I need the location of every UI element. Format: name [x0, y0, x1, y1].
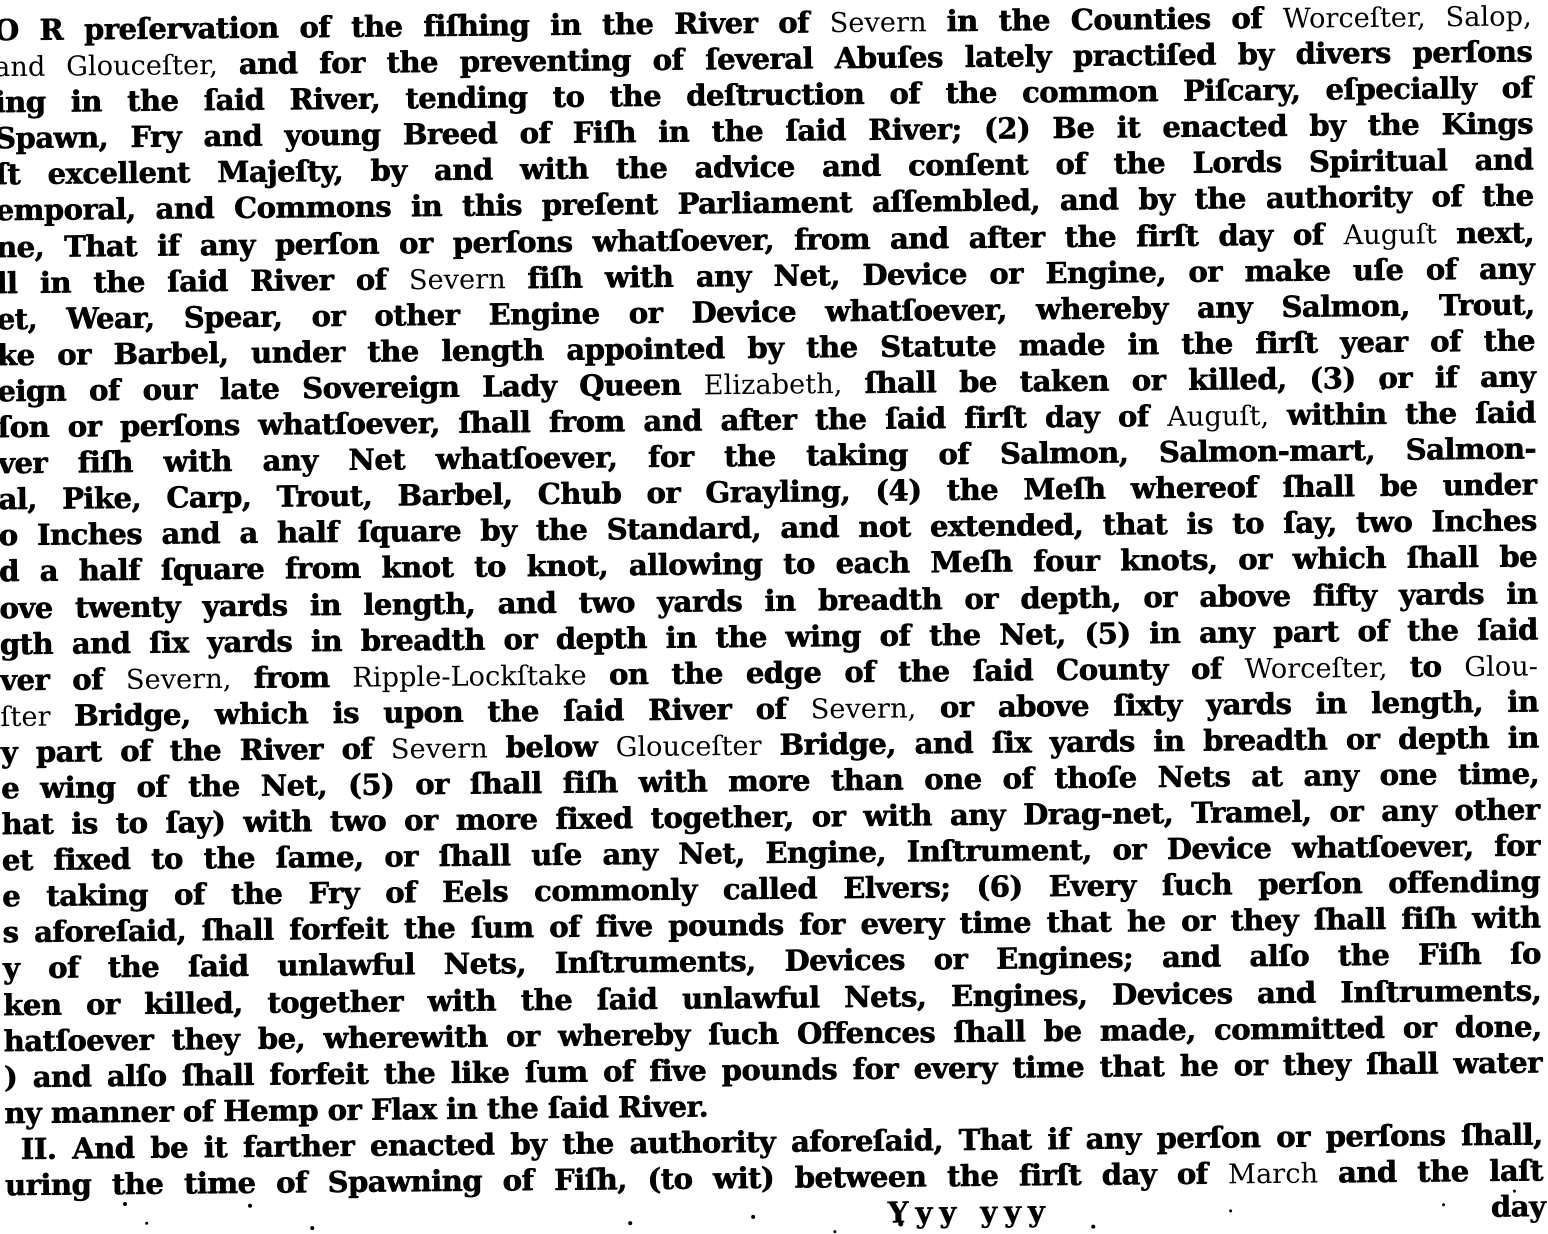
text-segment-blackletter: ll in the ſaid River of [0, 262, 409, 300]
text-segment-roman: March [1228, 1158, 1338, 1190]
text-segment-blackletter: Bridge, which is upon the ſaid River of [74, 691, 811, 732]
text-segment-roman: ſter [0, 701, 74, 733]
text-segment-roman: Worceſter, Salop, [1283, 1, 1532, 34]
text-segment-roman: Glouceſter [615, 731, 779, 764]
text-segment-blackletter: on the edge of the ſaid County of [609, 651, 1245, 691]
scan-speckle [1229, 1209, 1232, 1212]
text-segment-blackletter: Bridge, and ſix yards in breadth or dept… [779, 720, 1539, 761]
text-segment-blackletter: within the ſaid [1287, 395, 1536, 431]
text-segment-roman: Glou- [1464, 651, 1538, 683]
scan-speckle [310, 1226, 314, 1230]
scan-speckle [123, 1202, 127, 1206]
text-segment-blackletter: from [253, 659, 352, 694]
scan-speckle [145, 1222, 148, 1225]
text-block: O R preſervation of the fiſhing in the R… [0, 0, 1548, 1203]
scan-speckle [1381, 386, 1385, 390]
text-segment-blackletter: to [1409, 649, 1464, 684]
text-segment-blackletter: eign of our late Sovereign Lady Queen [0, 367, 704, 408]
text-segment-roman: Severn [391, 733, 506, 765]
scan-speckle [1091, 1225, 1095, 1229]
scan-speckle [248, 1204, 252, 1208]
text-segment-roman: Severn [830, 7, 947, 39]
scan-speckle [751, 1215, 755, 1219]
text-segment-blackletter: in the Counties of [946, 1, 1283, 38]
text-segment-roman: Ripple-Lockſtake [352, 660, 609, 693]
text-segment-roman: Auguſt, [1167, 401, 1287, 433]
text-segment-roman: Severn [409, 264, 528, 296]
catchword: day [1491, 1188, 1548, 1225]
text-segment-roman: Auguſt [1343, 219, 1456, 251]
scan-speckle [898, 1221, 903, 1226]
scan-speckle [628, 1221, 632, 1225]
text-segment-roman: Severn, [811, 693, 940, 725]
scan-speckle [833, 1230, 836, 1233]
scan-speckle [1442, 1203, 1445, 1206]
text-segment-roman: and Glouceſter, [0, 50, 239, 83]
scan-speckle [1513, 1190, 1516, 1193]
text-segment-blackletter: ny manner of Hemp or Flax in the ſaid Ri… [4, 1089, 708, 1130]
text-segment-roman: Worceſter, [1244, 652, 1409, 685]
text-segment-blackletter: below [505, 729, 616, 764]
text-segment-roman: Severn, [126, 663, 254, 695]
signature-mark: Yyy yyy [887, 1193, 1051, 1231]
text-segment-blackletter: and the laſt [1338, 1153, 1543, 1189]
document-page: O R preſervation of the fiſhing in the R… [0, 0, 1548, 1234]
text-segment-blackletter: next, [1456, 215, 1534, 250]
text-segment-blackletter: or above ſixty yards in length, in [939, 684, 1538, 724]
text-segment-blackletter: ſhall be taken or killed, (3) or if any [864, 359, 1535, 399]
text-segment-roman: Elizabeth, [704, 369, 865, 402]
text-segment-blackletter: y part of the River of [1, 731, 391, 769]
text-segment-blackletter: ver of [0, 662, 126, 697]
